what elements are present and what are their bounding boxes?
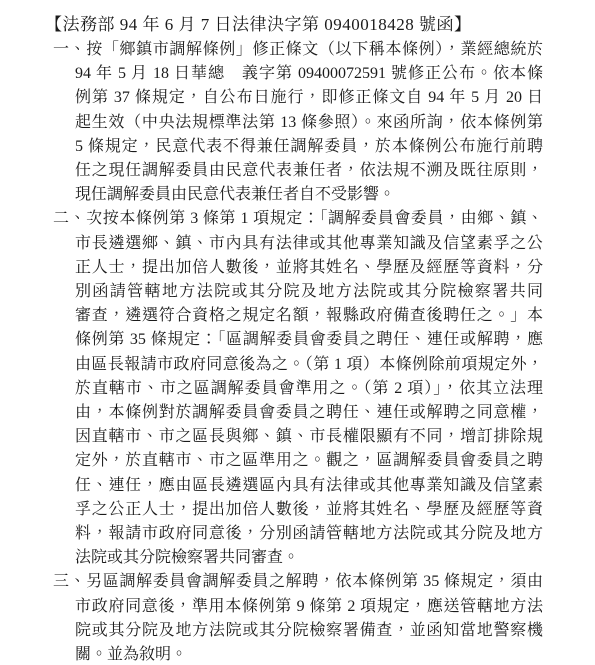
text-line: 正人士，提出加倍人數後，並將其姓名、學歷及經歷等資料，分 [75,256,543,280]
text-line: 94 年 5 月 18 日華總 義字第 09400072591 號修正公布。依本… [75,62,543,86]
text-line: 孚之公正人士，提出加倍人數後，並將其姓名、學歷及經歷等資 [75,498,543,522]
text-line: 市政府同意後，準用本條例第 9 條第 2 項規定，應送管轄地方法 [75,595,543,619]
text-line: 一、按「鄉鎮市調解條例」修正條文（以下稱本條例），業經總統於 [53,38,543,62]
text-line: 三、另區調解委員會調解委員之解聘，依本條例第 35 條規定，須由 [53,570,543,594]
text-line: 市長遴選鄉、鎮、市內具有法律或其他專業知識及信望素孚之公 [75,232,543,256]
document-body: 一、按「鄉鎮市調解條例」修正條文（以下稱本條例），業經總統於94 年 5 月 1… [75,38,543,665]
text-line: 任、連任，應由區長遴選區內具有法律或其他專業知識及信望素 [75,474,543,498]
list-item: 一、按「鄉鎮市調解條例」修正條文（以下稱本條例），業經總統於94 年 5 月 1… [75,38,543,207]
text-line: 法院或其分院檢察署共同審查。 [75,546,543,570]
text-line: 院或其分院及地方法院或其分院檢察署備查，並函知當地警察機 [75,619,543,643]
text-line: 例第 37 條規定，自公布日施行，即修正條文自 94 年 5 月 20 日 [75,86,543,110]
text-line: 二、次按本條例第 3 條第 1 項規定：「調解委員會委員，由鄉、鎮、 [53,207,543,231]
text-line: 條例第 35 條規定：「區調解委員會委員之聘任、連任或解聘，應 [75,328,543,352]
item-marker: 一、 [53,41,86,58]
text-line: 料，報請市政府同意後，分別函請管轄地方法院或其分院及地方 [75,522,543,546]
text-line: 因直轄市、市之區長與鄉、鎮、市長權限顯有不同，增訂排除規 [75,425,543,449]
text-line: 由，本條例對於調解委員會委員之聘任、連任或解聘之同意權， [75,401,543,425]
list-item: 二、次按本條例第 3 條第 1 項規定：「調解委員會委員，由鄉、鎮、市長遴選鄉、… [75,207,543,570]
document-page: 【法務部 94 年 6 月 7 日法律決字第 0940018428 號函】 一、… [0,0,595,665]
text-line: 別函請管轄地方法院或其分院及地方法院或其分院檢察署共同 [75,280,543,304]
item-marker: 三、 [53,573,86,590]
text-line: 任之現任調解委員由民意代表兼任者，依法規不溯及既往原則， [75,159,543,183]
document-title: 【法務部 94 年 6 月 7 日法律決字第 0940018428 號函】 [45,12,595,38]
text-line: 關。並為敘明。 [75,643,543,665]
text-line: 審查，遴選符合資格之規定名額，報縣政府備查後聘任之。」本 [75,304,543,328]
text-line: 現任調解委員由民意代表兼任者自不受影響。 [75,183,543,207]
text-line: 由區長報請市政府同意後為之。（第 1 項）本條例除前項規定外， [75,353,543,377]
text-line: 定外，於直轄市、市之區準用之。觀之，區調解委員會委員之聘 [75,449,543,473]
list-item: 三、另區調解委員會調解委員之解聘，依本條例第 35 條規定，須由市政府同意後，準… [75,570,543,665]
text-line: 於直轄市、市之區調解委員會準用之。（第 2 項）」，依其立法理 [75,377,543,401]
text-line: 起生效（中央法規標準法第 13 條參照）。來函所詢，依本條例第 [75,111,543,135]
item-marker: 二、 [53,210,86,227]
text-line: 5 條規定，民意代表不得兼任調解委員，於本條例公布施行前聘 [75,135,543,159]
